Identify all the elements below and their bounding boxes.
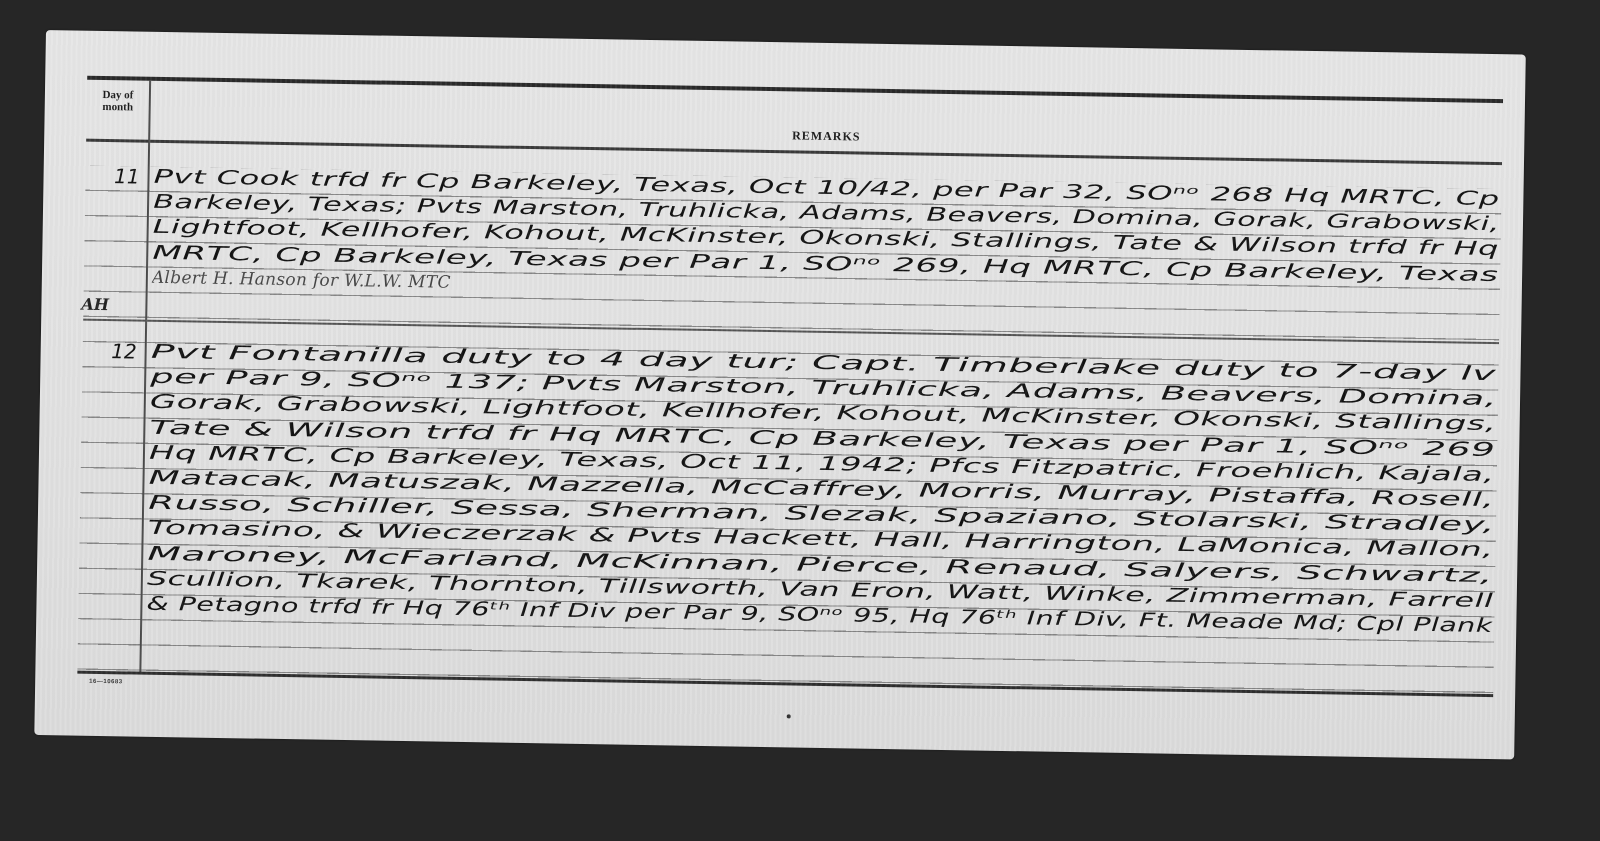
day-header-line1: Day of	[89, 89, 147, 102]
entry-day: 12	[84, 339, 142, 364]
top-rule	[87, 76, 1503, 103]
initials-mark: AH	[81, 295, 109, 314]
form-number: 16—10683	[89, 679, 122, 686]
entry-day: 11	[87, 164, 145, 189]
morning-report-card: Day of month REMARKS 11 Pvt Cook trfd fr…	[34, 30, 1525, 759]
remarks-header: REMARKS	[150, 118, 1502, 155]
day-header-line2: month	[89, 101, 147, 114]
entry-text: Pvt Fontanilla duty to 4 day tur; Capt. …	[146, 340, 1496, 640]
entry-text: Pvt Cook trfd fr Cp Barkeley, Texas, Oct…	[152, 165, 1500, 313]
day-of-month-header: Day of month	[89, 89, 147, 114]
punch-hole	[787, 714, 791, 718]
remark-entry-day-11: 11 Pvt Cook trfd fr Cp Barkeley, Texas, …	[88, 164, 1500, 187]
